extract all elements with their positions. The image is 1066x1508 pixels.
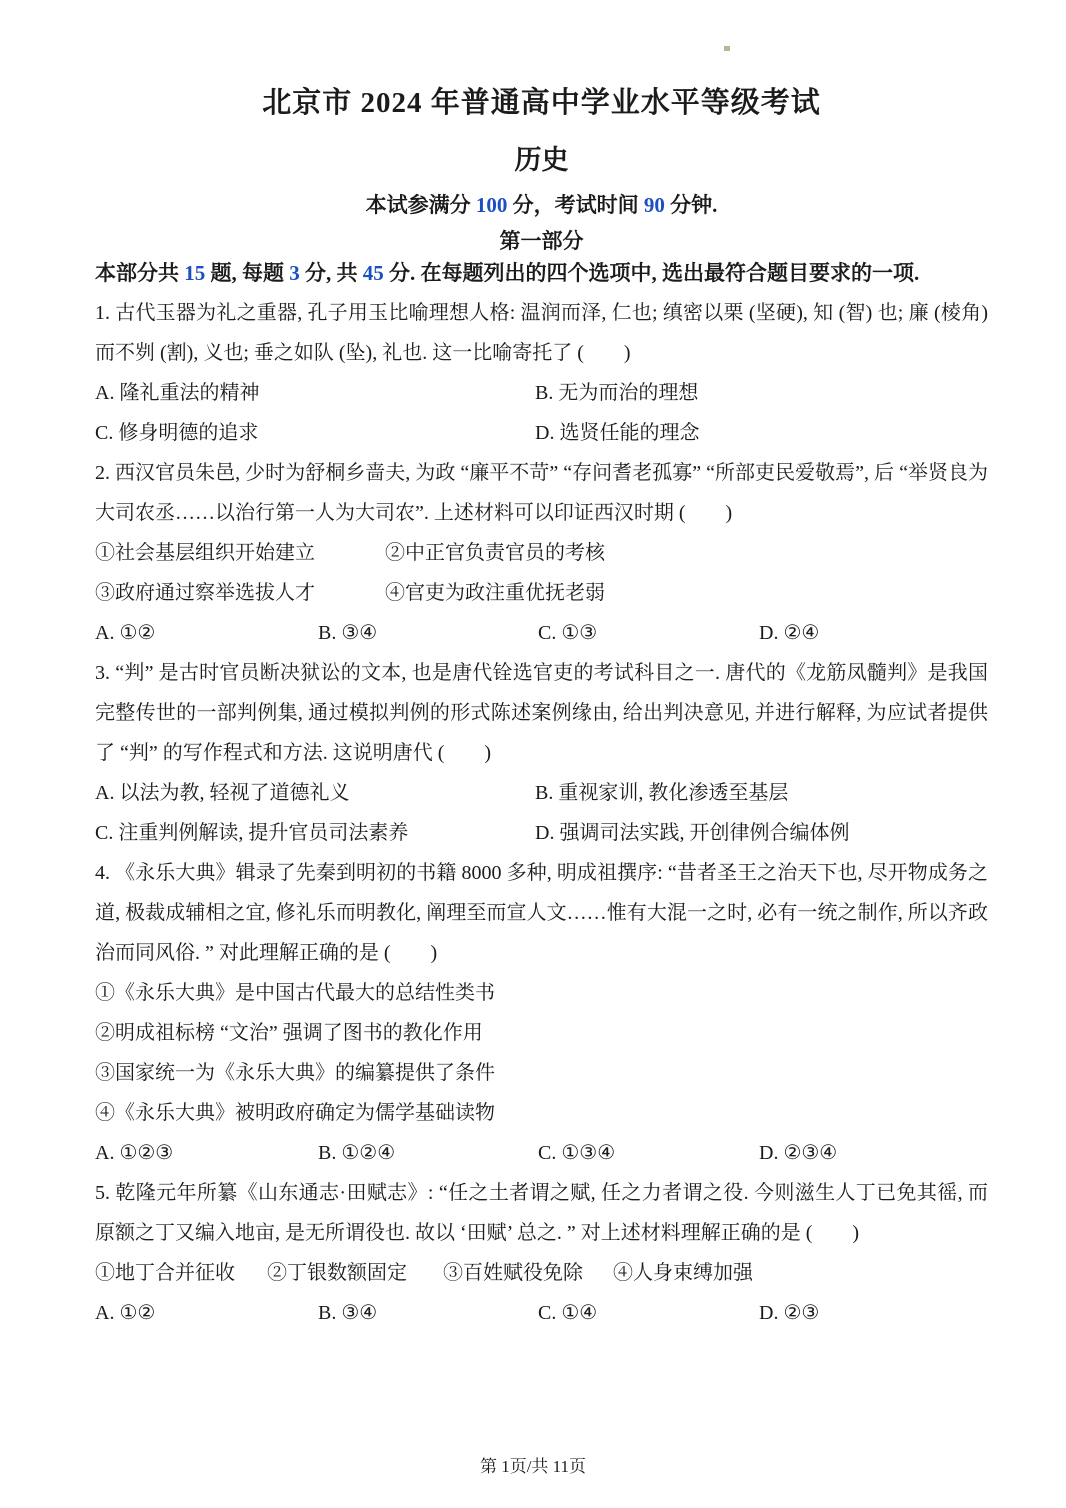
option-d: D. ②③④: [759, 1133, 988, 1173]
option-a: A. ①②: [95, 613, 318, 653]
option-c: C. 注重判例解读, 提升官员司法素养: [95, 813, 535, 853]
instructions-text: 本部分共: [95, 261, 184, 285]
question-options: A. ①② B. ③④ C. ①③ D. ②④: [95, 613, 988, 653]
question-number: 4.: [95, 862, 110, 884]
exam-info-line: 本试参满分 100 分，考试时间 90 分钟.: [95, 191, 988, 219]
option-c: C. ①③: [538, 613, 759, 653]
subitem-4: ④《永乐大典》被明政府确定为儒学基础读物: [95, 1093, 988, 1133]
instructions-text: 分, 共: [300, 261, 363, 285]
instructions-points-each: 3: [289, 261, 300, 285]
option-d: D. ②④: [759, 613, 988, 653]
subitem-3: ③百姓赋役免除: [443, 1253, 613, 1293]
section-instructions: 本部分共 15 题, 每题 3 分, 共 45 分. 在每题列出的四个选项中, …: [95, 258, 988, 288]
subitem-2: ②中正官负责官员的考核: [385, 533, 988, 573]
option-d: D. 选贤任能的理念: [535, 413, 988, 453]
subitem-1: ①地丁合并征收: [95, 1253, 267, 1293]
question-options: A. ①②③ B. ①②④ C. ①③④ D. ②③④: [95, 1133, 988, 1173]
question-stem: 4. 《永乐大典》辑录了先秦到明初的书籍 8000 多种, 明成祖撰序: “昔者…: [95, 853, 988, 973]
option-c: C. ①④: [538, 1293, 759, 1333]
option-a: A. 以法为教, 轻视了道德礼义: [95, 773, 535, 813]
section-title: 第一部分: [95, 227, 988, 255]
instructions-question-count: 15: [184, 261, 205, 285]
subitem-2: ②丁银数额固定: [267, 1253, 443, 1293]
option-c: C. ①③④: [538, 1133, 759, 1173]
question-number: 2.: [95, 462, 110, 484]
subitem-4: ④人身束缚加强: [613, 1253, 753, 1293]
option-a: A. ①②: [95, 1293, 318, 1333]
option-d: D. 强调司法实践, 开创律例合编体例: [535, 813, 988, 853]
option-c: C. 修身明德的追求: [95, 413, 535, 453]
question-2: 2. 西汉官员朱邑, 少时为舒桐乡啬夫, 为政 “廉平不苛” “存问耆老孤寡” …: [95, 453, 988, 653]
option-b: B. 重视家训, 教化渗透至基层: [535, 773, 988, 813]
question-text: 西汉官员朱邑, 少时为舒桐乡啬夫, 为政 “廉平不苛” “存问耆老孤寡” “所部…: [95, 462, 988, 524]
subitem-1: ①社会基层组织开始建立: [95, 533, 385, 573]
question-stem: 1. 古代玉器为礼之重器, 孔子用玉比喻理想人格: 温润而泽, 仁也; 缜密以栗…: [95, 293, 988, 373]
option-b: B. ③④: [318, 613, 538, 653]
subitem-2: ②明成祖标榜 “文治” 强调了图书的教化作用: [95, 1013, 988, 1053]
subitem-1: ①《永乐大典》是中国古代最大的总结性类书: [95, 973, 988, 1013]
question-3: 3. “判” 是古时官员断决狱讼的文本, 也是唐代铨选官吏的考试科目之一. 唐代…: [95, 653, 988, 853]
subitem-4: ④官吏为政注重优抚老弱: [385, 573, 988, 613]
artifact-dot: [724, 46, 730, 51]
question-1: 1. 古代玉器为礼之重器, 孔子用玉比喻理想人格: 温润而泽, 仁也; 缜密以栗…: [95, 293, 988, 453]
option-a: A. 隆礼重法的精神: [95, 373, 535, 413]
question-subitems: ①地丁合并征收 ②丁银数额固定 ③百姓赋役免除 ④人身束缚加强: [95, 1253, 988, 1293]
question-number: 5.: [95, 1182, 110, 1204]
instructions-text: 分. 在每题列出的四个选项中, 选出最符合题目要求的一项.: [384, 261, 920, 285]
question-stem: 3. “判” 是古时官员断决狱讼的文本, 也是唐代铨选官吏的考试科目之一. 唐代…: [95, 653, 988, 773]
question-5: 5. 乾隆元年所纂《山东通志·田赋志》: “任之土者谓之赋, 任之力者谓之役. …: [95, 1173, 988, 1333]
instructions-points-total: 45: [363, 261, 384, 285]
question-options: A. 隆礼重法的精神 B. 无为而治的理想 C. 修身明德的追求 D. 选贤任能…: [95, 373, 988, 453]
subitem-3: ③政府通过察举选拔人才: [95, 573, 385, 613]
exam-page: 北京市 2024 年普通高中学业水平等级考试 历史 本试参满分 100 分，考试…: [0, 0, 1066, 1508]
question-subitems: ①《永乐大典》是中国古代最大的总结性类书 ②明成祖标榜 “文治” 强调了图书的教…: [95, 973, 988, 1133]
info-duration: 90: [644, 193, 665, 217]
info-text: 分，考试时间: [507, 193, 644, 217]
question-options: A. 以法为教, 轻视了道德礼义 B. 重视家训, 教化渗透至基层 C. 注重判…: [95, 773, 988, 853]
exam-subject: 历史: [95, 144, 988, 176]
question-number: 3.: [95, 662, 110, 684]
question-text: 《永乐大典》辑录了先秦到明初的书籍 8000 多种, 明成祖撰序: “昔者圣王之…: [95, 862, 988, 964]
option-b: B. 无为而治的理想: [535, 373, 988, 413]
questions-list: 1. 古代玉器为礼之重器, 孔子用玉比喻理想人格: 温润而泽, 仁也; 缜密以栗…: [95, 293, 988, 1333]
exam-title: 北京市 2024 年普通高中学业水平等级考试: [95, 86, 988, 120]
option-a: A. ①②③: [95, 1133, 318, 1173]
question-stem: 5. 乾隆元年所纂《山东通志·田赋志》: “任之土者谓之赋, 任之力者谓之役. …: [95, 1173, 988, 1253]
question-subitems: ①社会基层组织开始建立 ②中正官负责官员的考核 ③政府通过察举选拔人才 ④官吏为…: [95, 533, 988, 613]
subitem-3: ③国家统一为《永乐大典》的编纂提供了条件: [95, 1053, 988, 1093]
info-text: 分钟.: [665, 193, 718, 217]
question-4: 4. 《永乐大典》辑录了先秦到明初的书籍 8000 多种, 明成祖撰序: “昔者…: [95, 853, 988, 1173]
question-options: A. ①② B. ③④ C. ①④ D. ②③: [95, 1293, 988, 1333]
question-stem: 2. 西汉官员朱邑, 少时为舒桐乡啬夫, 为政 “廉平不苛” “存问耆老孤寡” …: [95, 453, 988, 533]
option-d: D. ②③: [759, 1293, 988, 1333]
option-b: B. ③④: [318, 1293, 538, 1333]
question-number: 1.: [95, 302, 110, 324]
page-footer: 第 1页/共 11页: [0, 1456, 1066, 1478]
question-text: 乾隆元年所纂《山东通志·田赋志》: “任之土者谓之赋, 任之力者谓之役. 今则滋…: [95, 1182, 988, 1244]
option-b: B. ①②④: [318, 1133, 538, 1173]
question-text: 古代玉器为礼之重器, 孔子用玉比喻理想人格: 温润而泽, 仁也; 缜密以栗 (坚…: [95, 302, 988, 364]
info-text: 本试参满分: [366, 193, 476, 217]
info-total-score: 100: [476, 193, 508, 217]
question-text: “判” 是古时官员断决狱讼的文本, 也是唐代铨选官吏的考试科目之一. 唐代的《龙…: [95, 662, 988, 764]
instructions-text: 题, 每题: [205, 261, 289, 285]
